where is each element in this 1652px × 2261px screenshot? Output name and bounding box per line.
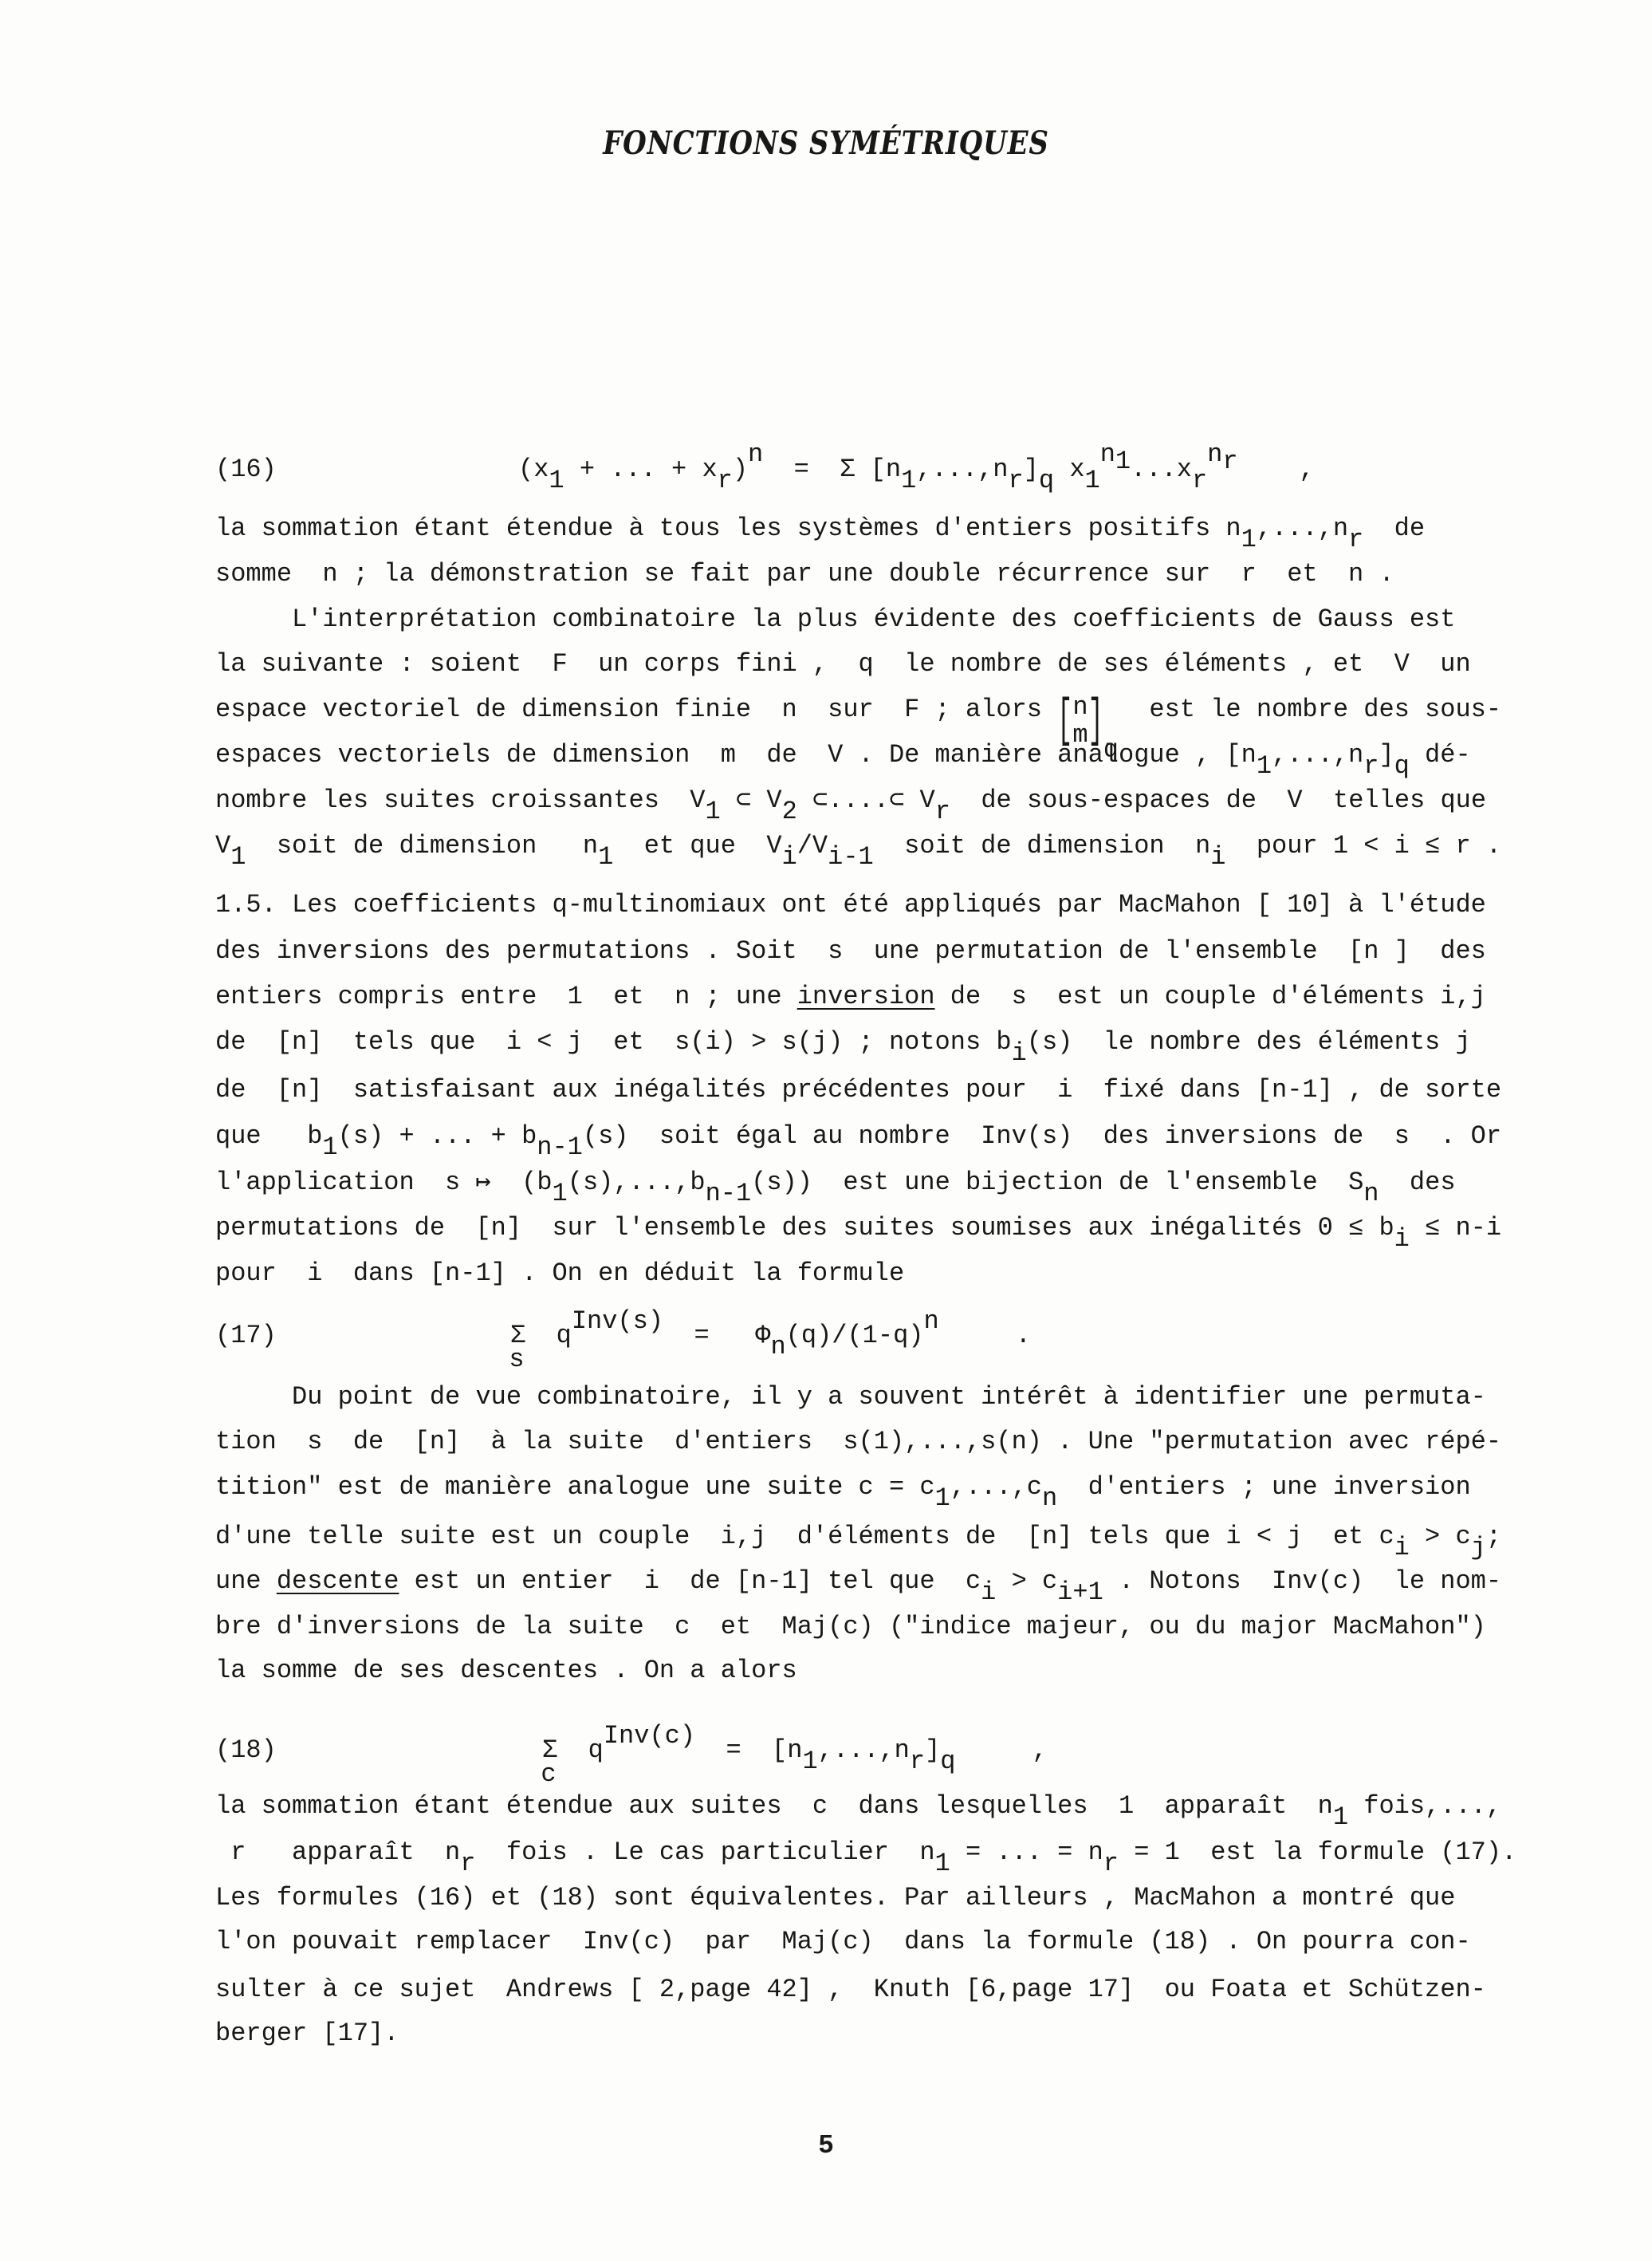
text-segment: (s)) est une bijection de l'ensemble S bbox=[751, 1168, 1363, 1197]
text-segment: entiers compris entre 1 et n ; une bbox=[215, 982, 797, 1011]
text-segment: la suivante : soient F un corps fini , q… bbox=[215, 649, 1471, 679]
text-line: nombre les suites croissantes V1 ⊂ V2 ⊂.… bbox=[215, 785, 1486, 817]
text-segment: ⊂ V bbox=[721, 786, 782, 815]
text-segment: /V bbox=[797, 831, 828, 861]
text-segment: r bbox=[460, 1849, 475, 1878]
text-segment: (q)/(1-q) bbox=[786, 1321, 924, 1350]
text-segment: (s) le nombre des éléments j bbox=[1027, 1027, 1471, 1057]
text-line: une descente est un entier i de [n-1] te… bbox=[215, 1566, 1501, 1597]
text-segment: de bbox=[1363, 514, 1425, 543]
text-segment: est le nombre des sous- bbox=[1119, 695, 1501, 724]
text-segment: q bbox=[940, 1747, 955, 1776]
text-segment: des bbox=[1379, 1168, 1456, 1197]
text-segment: r bbox=[1222, 447, 1237, 476]
text-segment: dé- bbox=[1410, 740, 1471, 770]
text-segment: r bbox=[1363, 751, 1379, 781]
text-segment: i bbox=[1012, 1038, 1027, 1068]
text-segment: la sommation étant étendue aux suites c … bbox=[215, 1791, 1333, 1821]
text-segment: nombre les suites croissantes V bbox=[215, 786, 706, 815]
text-segment: (s) soit égal au nombre Inv(s) des inver… bbox=[583, 1121, 1501, 1151]
text-segment: 1 bbox=[1333, 1802, 1348, 1832]
text-segment: de [n] tels que i < j et s(i) > s(j) ; n… bbox=[215, 1027, 1012, 1057]
text-segment: . bbox=[939, 1321, 1031, 1350]
text-segment: 1 bbox=[706, 797, 721, 826]
text-segment: > c bbox=[1410, 1522, 1471, 1551]
text-segment: est un entier i de [n-1] tel que c bbox=[399, 1566, 981, 1596]
text-segment: ] bbox=[925, 1735, 940, 1765]
text-segment: j bbox=[1471, 1533, 1486, 1562]
text-segment: ,...,n bbox=[916, 455, 1008, 484]
text-segment: sulter à ce sujet Andrews [ 2,page 42] ,… bbox=[215, 1975, 1486, 2004]
text-segment: i-1 bbox=[828, 842, 874, 872]
text-segment: , bbox=[955, 1735, 1047, 1765]
text-segment: la sommation étant étendue à tous les sy… bbox=[215, 514, 1241, 543]
text-line: l'on pouvait remplacer Inv(c) par Maj(c)… bbox=[215, 1926, 1471, 1958]
text-segment: une bbox=[215, 1566, 277, 1596]
text-line: Du point de vue combinatoire, il y a sou… bbox=[215, 1381, 1486, 1413]
text-segment: 1 bbox=[1241, 525, 1257, 554]
text-segment: ...x bbox=[1131, 455, 1192, 484]
text-segment: 1 bbox=[935, 1483, 950, 1513]
text-segment: tition" est de manière analogue une suit… bbox=[215, 1472, 935, 1502]
text-segment: + ... + x bbox=[564, 455, 718, 484]
text-segment: V bbox=[215, 831, 230, 861]
formula-17-label: (17) bbox=[215, 1320, 277, 1352]
text-segment: 2 bbox=[782, 797, 797, 826]
formula-16: (16)(x1 + ... + xr)n = Σ [n1,...,nr]q x1… bbox=[518, 454, 1315, 486]
text-segment: tion s de [n] à la suite d'entiers s(1),… bbox=[215, 1427, 1501, 1456]
text-segment: pour i dans [n-1] . On en déduit la form… bbox=[215, 1259, 904, 1288]
text-segment: n bbox=[1207, 439, 1222, 469]
text-segment: r bbox=[1009, 466, 1024, 495]
text-segment: q bbox=[1039, 466, 1054, 495]
text-line: espaces vectoriels de dimension m de V .… bbox=[215, 739, 1471, 771]
text-segment: r bbox=[910, 1747, 925, 1776]
text-segment: 1 bbox=[1257, 751, 1272, 781]
page-title: FONCTIONS SYMÉTRIQUES bbox=[124, 124, 1528, 162]
text-segment: c bbox=[541, 1759, 556, 1789]
text-line: l'application s ↦ (b1(s),...,bn-1(s)) es… bbox=[215, 1167, 1456, 1199]
underlined-term: inversion bbox=[797, 982, 935, 1011]
text-segment: Les formules (16) et (18) sont équivalen… bbox=[215, 1883, 1455, 1912]
text-segment: de sous-espaces de V telles que bbox=[950, 786, 1486, 815]
text-line: la suivante : soient F un corps fini , q… bbox=[215, 648, 1471, 680]
text-segment: fois . Le cas particulier n bbox=[475, 1838, 934, 1867]
text-segment: d'une telle suite est un couple i,j d'él… bbox=[215, 1522, 1394, 1551]
text-segment: de [n] satisfaisant aux inégalités précé… bbox=[215, 1075, 1501, 1105]
text-segment: pour 1 < i ≤ r . bbox=[1225, 831, 1501, 861]
text-segment: (s),...,b bbox=[568, 1168, 706, 1197]
text-segment: (x bbox=[518, 455, 549, 484]
text-segment: d'entiers ; une inversion bbox=[1057, 1472, 1470, 1502]
text-line: la sommation étant étendue à tous les sy… bbox=[215, 513, 1425, 545]
text-segment: 1 bbox=[549, 466, 564, 495]
text-segment: r bbox=[1103, 1849, 1119, 1878]
text-segment: L'interprétation combinatoire la plus év… bbox=[215, 605, 1455, 634]
text-segment: 1 bbox=[230, 842, 246, 872]
text-line: 1.5. Les coefficients q-multinomiaux ont… bbox=[215, 889, 1486, 921]
text-segment: i bbox=[782, 842, 797, 872]
text-segment: somme n ; la démonstration se fait par u… bbox=[215, 559, 1394, 589]
text-segment: x bbox=[1054, 455, 1084, 484]
text-segment: des inversions des permutations . Soit s… bbox=[215, 936, 1486, 966]
text-segment: i bbox=[1394, 1224, 1410, 1254]
text-line: entiers compris entre 1 et n ; une inver… bbox=[215, 981, 1486, 1013]
text-segment: i bbox=[981, 1578, 996, 1607]
text-segment: espace vectoriel de dimension finie n su… bbox=[215, 695, 1057, 724]
text-line: V1 soit de dimension n1 et que Vi/Vi-1 s… bbox=[215, 830, 1501, 862]
text-segment: bre d'inversions de la suite c et Maj(c)… bbox=[215, 1612, 1486, 1641]
text-segment: i+1 bbox=[1057, 1578, 1103, 1607]
text-line: d'une telle suite est un couple i,j d'él… bbox=[215, 1521, 1501, 1553]
text-segment: (s) + ... + b bbox=[338, 1121, 537, 1151]
text-line: des inversions des permutations . Soit s… bbox=[215, 936, 1486, 967]
text-segment: i bbox=[1394, 1533, 1410, 1562]
text-line: permutations de [n] sur l'ensemble des s… bbox=[215, 1212, 1501, 1244]
text-segment: n bbox=[748, 439, 763, 469]
text-segment: ] bbox=[1379, 740, 1394, 770]
text-line: la sommation étant étendue aux suites c … bbox=[215, 1790, 1501, 1822]
text-segment: r apparaît n bbox=[215, 1838, 460, 1867]
text-segment: 1 bbox=[802, 1747, 817, 1776]
text-segment: permutations de [n] sur l'ensemble des s… bbox=[215, 1213, 1394, 1243]
text-segment: . Notons Inv(c) le nom- bbox=[1103, 1566, 1501, 1596]
text-segment: 1 bbox=[598, 842, 613, 872]
underlined-term: descente bbox=[277, 1566, 399, 1596]
text-segment: r bbox=[718, 466, 733, 495]
text-segment: n bbox=[1100, 439, 1115, 469]
text-segment: = Σ bbox=[763, 455, 870, 484]
text-segment: de s est un couple d'éléments i,j bbox=[935, 982, 1486, 1011]
text-segment: n-1 bbox=[706, 1179, 752, 1208]
text-segment: n bbox=[923, 1306, 938, 1336]
text-line: bre d'inversions de la suite c et Maj(c)… bbox=[215, 1611, 1486, 1643]
text-line: de [n] tels que i < j et s(i) > s(j) ; n… bbox=[215, 1026, 1471, 1058]
text-segment: n bbox=[1042, 1483, 1057, 1513]
text-segment: berger [17]. bbox=[215, 2019, 399, 2048]
text-segment: q bbox=[541, 1321, 571, 1350]
text-segment: 1.5. Les coefficients q-multinomiaux ont… bbox=[215, 890, 1486, 920]
text-segment: n-1 bbox=[537, 1132, 583, 1162]
text-segment: ,...,c bbox=[950, 1472, 1042, 1502]
text-segment: n bbox=[1363, 1179, 1379, 1208]
text-line: la somme de ses descentes . On a alors bbox=[215, 1655, 797, 1687]
text-segment: et que V bbox=[613, 831, 781, 861]
text-segment: ,...,n bbox=[1257, 514, 1348, 543]
formula-18-label: (18) bbox=[215, 1735, 277, 1767]
text-segment: i bbox=[1210, 842, 1225, 872]
text-segment: n bbox=[770, 1332, 785, 1361]
text-segment: r bbox=[935, 797, 950, 826]
text-line: Les formules (16) et (18) sont équivalen… bbox=[215, 1882, 1455, 1914]
formula-17: (17)Σs qInv(s) = Φn(q)/(1-q)n . bbox=[510, 1320, 1031, 1352]
text-line: tion s de [n] à la suite d'entiers s(1),… bbox=[215, 1426, 1501, 1458]
text-segment: ,...,n bbox=[1272, 740, 1363, 770]
text-segment: fois,..., bbox=[1348, 1791, 1501, 1821]
text-segment: Du point de vue combinatoire, il y a sou… bbox=[215, 1382, 1486, 1412]
text-segment: la somme de ses descentes . On a alors bbox=[215, 1656, 797, 1685]
text-line: berger [17]. bbox=[215, 2018, 399, 2050]
text-segment: = 1 est la formule (17). bbox=[1119, 1838, 1516, 1867]
text-line: L'interprétation combinatoire la plus év… bbox=[215, 604, 1455, 636]
text-segment: > c bbox=[996, 1566, 1057, 1596]
text-segment: , bbox=[1238, 455, 1315, 484]
text-segment: ] bbox=[1024, 455, 1039, 484]
text-segment: = ... = n bbox=[950, 1838, 1103, 1867]
text-segment: que b bbox=[215, 1121, 322, 1151]
text-segment: 1 bbox=[1115, 447, 1131, 476]
text-segment: r bbox=[1192, 466, 1207, 495]
text-line: r apparaît nr fois . Le cas particulier … bbox=[215, 1837, 1516, 1869]
text-line: tition" est de manière analogue une suit… bbox=[215, 1471, 1471, 1503]
text-segment: ,...,n bbox=[818, 1735, 910, 1765]
text-segment: q bbox=[572, 1735, 603, 1765]
text-line: pour i dans [n-1] . On en déduit la form… bbox=[215, 1258, 904, 1290]
text-line: sulter à ce sujet Andrews [ 2,page 42] ,… bbox=[215, 1974, 1486, 2006]
text-segment: Inv(c) bbox=[604, 1721, 695, 1751]
text-segment: 1 bbox=[322, 1132, 337, 1162]
text-segment: soit de dimension n bbox=[246, 831, 598, 861]
formula-16-label: (16) bbox=[215, 454, 277, 486]
text-segment: [n bbox=[871, 455, 901, 484]
text-segment: q bbox=[1394, 751, 1410, 781]
formula-18: (18)Σc qInv(c) = [n1,...,nr]q , bbox=[542, 1735, 1048, 1767]
text-segment: 1 bbox=[553, 1179, 568, 1208]
text-segment: = [n bbox=[695, 1735, 802, 1765]
document-page: FONCTIONS SYMÉTRIQUES (16)(x1 + ... + xr… bbox=[0, 0, 1652, 2261]
page-number: 5 bbox=[0, 2131, 1652, 2161]
text-segment: s bbox=[509, 1345, 524, 1374]
text-segment: ) bbox=[733, 455, 748, 484]
text-segment: Inv(s) bbox=[572, 1306, 663, 1336]
text-line: somme n ; la démonstration se fait par u… bbox=[215, 558, 1394, 590]
text-segment: l'application s ↦ (b bbox=[215, 1168, 553, 1197]
text-segment: = Φ bbox=[663, 1321, 770, 1350]
text-segment: r bbox=[1348, 525, 1363, 554]
text-segment: l'on pouvait remplacer Inv(c) par Maj(c)… bbox=[215, 1927, 1471, 1956]
text-segment: 1 bbox=[901, 466, 916, 495]
text-line: que b1(s) + ... + bn-1(s) soit égal au n… bbox=[215, 1121, 1501, 1152]
text-segment: espaces vectoriels de dimension m de V .… bbox=[215, 740, 1257, 770]
text-segment: ≤ n-i bbox=[1410, 1213, 1501, 1243]
text-line: de [n] satisfaisant aux inégalités précé… bbox=[215, 1074, 1501, 1106]
text-segment: ⊂....⊂ V bbox=[797, 786, 935, 815]
text-segment: 1 bbox=[1085, 466, 1100, 495]
text-segment: soit de dimension n bbox=[874, 831, 1210, 861]
text-segment: 1 bbox=[935, 1849, 950, 1878]
text-segment: ; bbox=[1486, 1522, 1501, 1551]
